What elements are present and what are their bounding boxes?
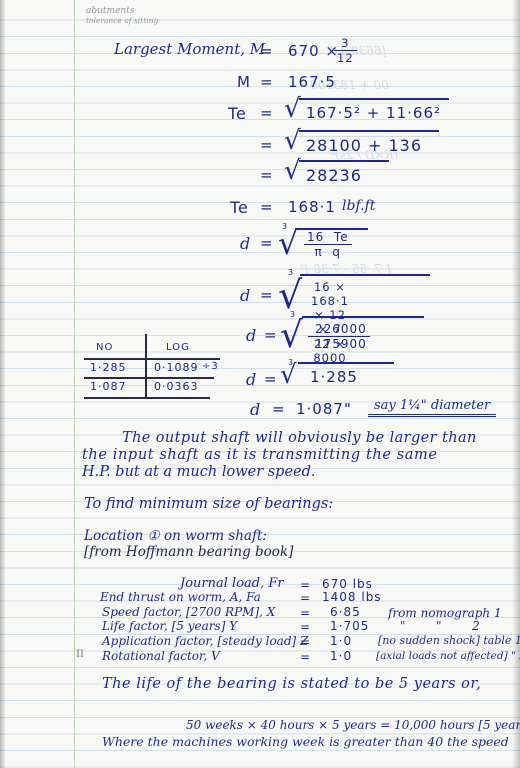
- fraction-numerator: 3: [334, 36, 357, 51]
- life-calculation: 50 weeks × 40 hours × 5 years = 10,000 h…: [186, 718, 520, 732]
- radical-sign: √: [284, 128, 301, 154]
- cell-log: 0·1089: [154, 361, 199, 374]
- equals-sign: =: [300, 650, 310, 664]
- margin-line: [74, 0, 75, 768]
- d-label: d: [240, 286, 251, 305]
- te-label: Te: [228, 104, 247, 123]
- equals-sign: =: [260, 234, 274, 252]
- param-note: from nomograph 1: [388, 606, 502, 620]
- location-source: [from Hoffmann bearing book]: [84, 544, 293, 560]
- radical-sign: √: [284, 96, 301, 122]
- paragraph-line: H.P. but at a much lower speed.: [82, 464, 316, 480]
- header-no: NO: [96, 342, 113, 353]
- cell-no: 1·087: [90, 380, 127, 393]
- diameter-conclusion: say 1¼" diameter: [368, 398, 496, 417]
- last-line: Where the machines working week is great…: [102, 734, 509, 749]
- fraction-3-12: 3 12: [334, 36, 357, 65]
- paragraph-line: The output shaft will obviously be large…: [122, 430, 477, 446]
- radical-sign: √: [278, 230, 298, 256]
- equals-sign: =: [300, 606, 310, 620]
- paragraph-line: the input shaft as it is transmitting th…: [82, 447, 438, 463]
- equals-sign: =: [264, 326, 278, 344]
- equals-sign: =: [260, 198, 274, 216]
- equals-sign: =: [300, 578, 310, 592]
- pencil-note-line: abutments: [86, 6, 158, 16]
- te-unit: lbf.ft: [342, 198, 375, 214]
- te-value: 168·1: [288, 198, 336, 216]
- cell-log: 0·0363: [154, 380, 199, 393]
- radical-sign: √: [280, 318, 303, 354]
- moment-expr: 670 ×: [288, 42, 339, 60]
- param-label: Application factor, [steady load] Z: [102, 634, 308, 648]
- radical-sign: √: [284, 158, 301, 184]
- d-label: d: [246, 370, 257, 389]
- param-value: 1408 lbs: [322, 590, 382, 604]
- d-final-value: 1·087": [296, 400, 352, 418]
- param-label: Journal load, Fr: [180, 576, 284, 591]
- fraction-numerator: 16 Te: [304, 230, 352, 245]
- param-value: 1·705: [330, 619, 369, 633]
- margin-mark: II: [76, 650, 84, 660]
- fraction-denominator: π q: [304, 245, 352, 259]
- d-label: d: [246, 326, 257, 345]
- location-heading: Location ① on worm shaft:: [84, 528, 267, 544]
- log-table-row: 1·087 0·0363: [84, 378, 234, 397]
- equals-sign: =: [264, 370, 278, 388]
- param-value: 1·0: [330, 649, 352, 663]
- radical-sign: √: [280, 362, 297, 388]
- header-log: LOG: [166, 342, 190, 353]
- radicand: 28100 + 136: [306, 136, 422, 155]
- param-note: [no sudden shock] table 1: [378, 634, 520, 647]
- te-label: Te: [230, 198, 249, 217]
- radical-sign: √: [278, 276, 302, 314]
- life-sentence: The life of the bearing is stated to be …: [102, 676, 481, 692]
- equals-sign: =: [260, 42, 274, 60]
- equals-sign: =: [300, 591, 310, 605]
- m-label: M: [237, 73, 251, 91]
- pencil-note: abutments tolerance of sitting: [86, 6, 158, 26]
- largest-moment-label: Largest Moment, M: [114, 40, 265, 58]
- radicand: 167·5² + 11·66²: [306, 104, 441, 122]
- equals-sign: =: [300, 635, 310, 649]
- section-heading: To find minimum size of bearings:: [84, 496, 333, 512]
- param-label: Life factor, [5 years] Y: [102, 619, 237, 633]
- fraction-denominator: 12: [334, 51, 357, 65]
- fraction-denominator: 175900: [312, 337, 370, 351]
- m-value: 167·5: [288, 73, 336, 91]
- param-value: 6·85: [330, 605, 361, 619]
- radicand: 28236: [306, 166, 362, 185]
- d-label: d: [240, 234, 251, 253]
- pencil-note-line: tolerance of sitting: [86, 16, 158, 26]
- param-value: 670 lbs: [322, 577, 373, 591]
- equals-sign: =: [260, 104, 274, 122]
- equals-sign: =: [300, 620, 310, 634]
- equals-sign: =: [260, 136, 274, 154]
- param-value: 1·0: [330, 634, 352, 648]
- equals-sign: =: [260, 286, 274, 304]
- cell-no: 1·285: [90, 361, 127, 374]
- param-note: " " 2: [400, 619, 480, 633]
- notebook-page: [6630·4]² 00 + 183300 (R×D / 2s)² [ 7 ·5…: [0, 0, 520, 768]
- d-label: d: [250, 400, 261, 419]
- log-table-row: 1·285 0·1089 ÷3: [84, 359, 234, 378]
- cell-annotation: ÷3: [202, 361, 219, 372]
- log-table-header: NO LOG: [84, 340, 234, 359]
- radicand: 1·285: [310, 368, 358, 386]
- param-label: Rotational factor, V: [102, 649, 220, 663]
- param-label: Speed factor, [2700 RPM], X: [102, 605, 275, 619]
- fraction-numerator: 226000: [312, 322, 370, 337]
- log-table: NO LOG 1·285 0·1089 ÷3 1·087 0·0363: [84, 340, 234, 397]
- equals-sign: =: [260, 166, 274, 184]
- equals-sign: =: [260, 73, 274, 91]
- param-note: [axial loads not affected] " 2: [376, 650, 520, 662]
- equals-sign: =: [272, 400, 286, 418]
- param-label: End thrust on worm, A, Fa: [100, 590, 261, 604]
